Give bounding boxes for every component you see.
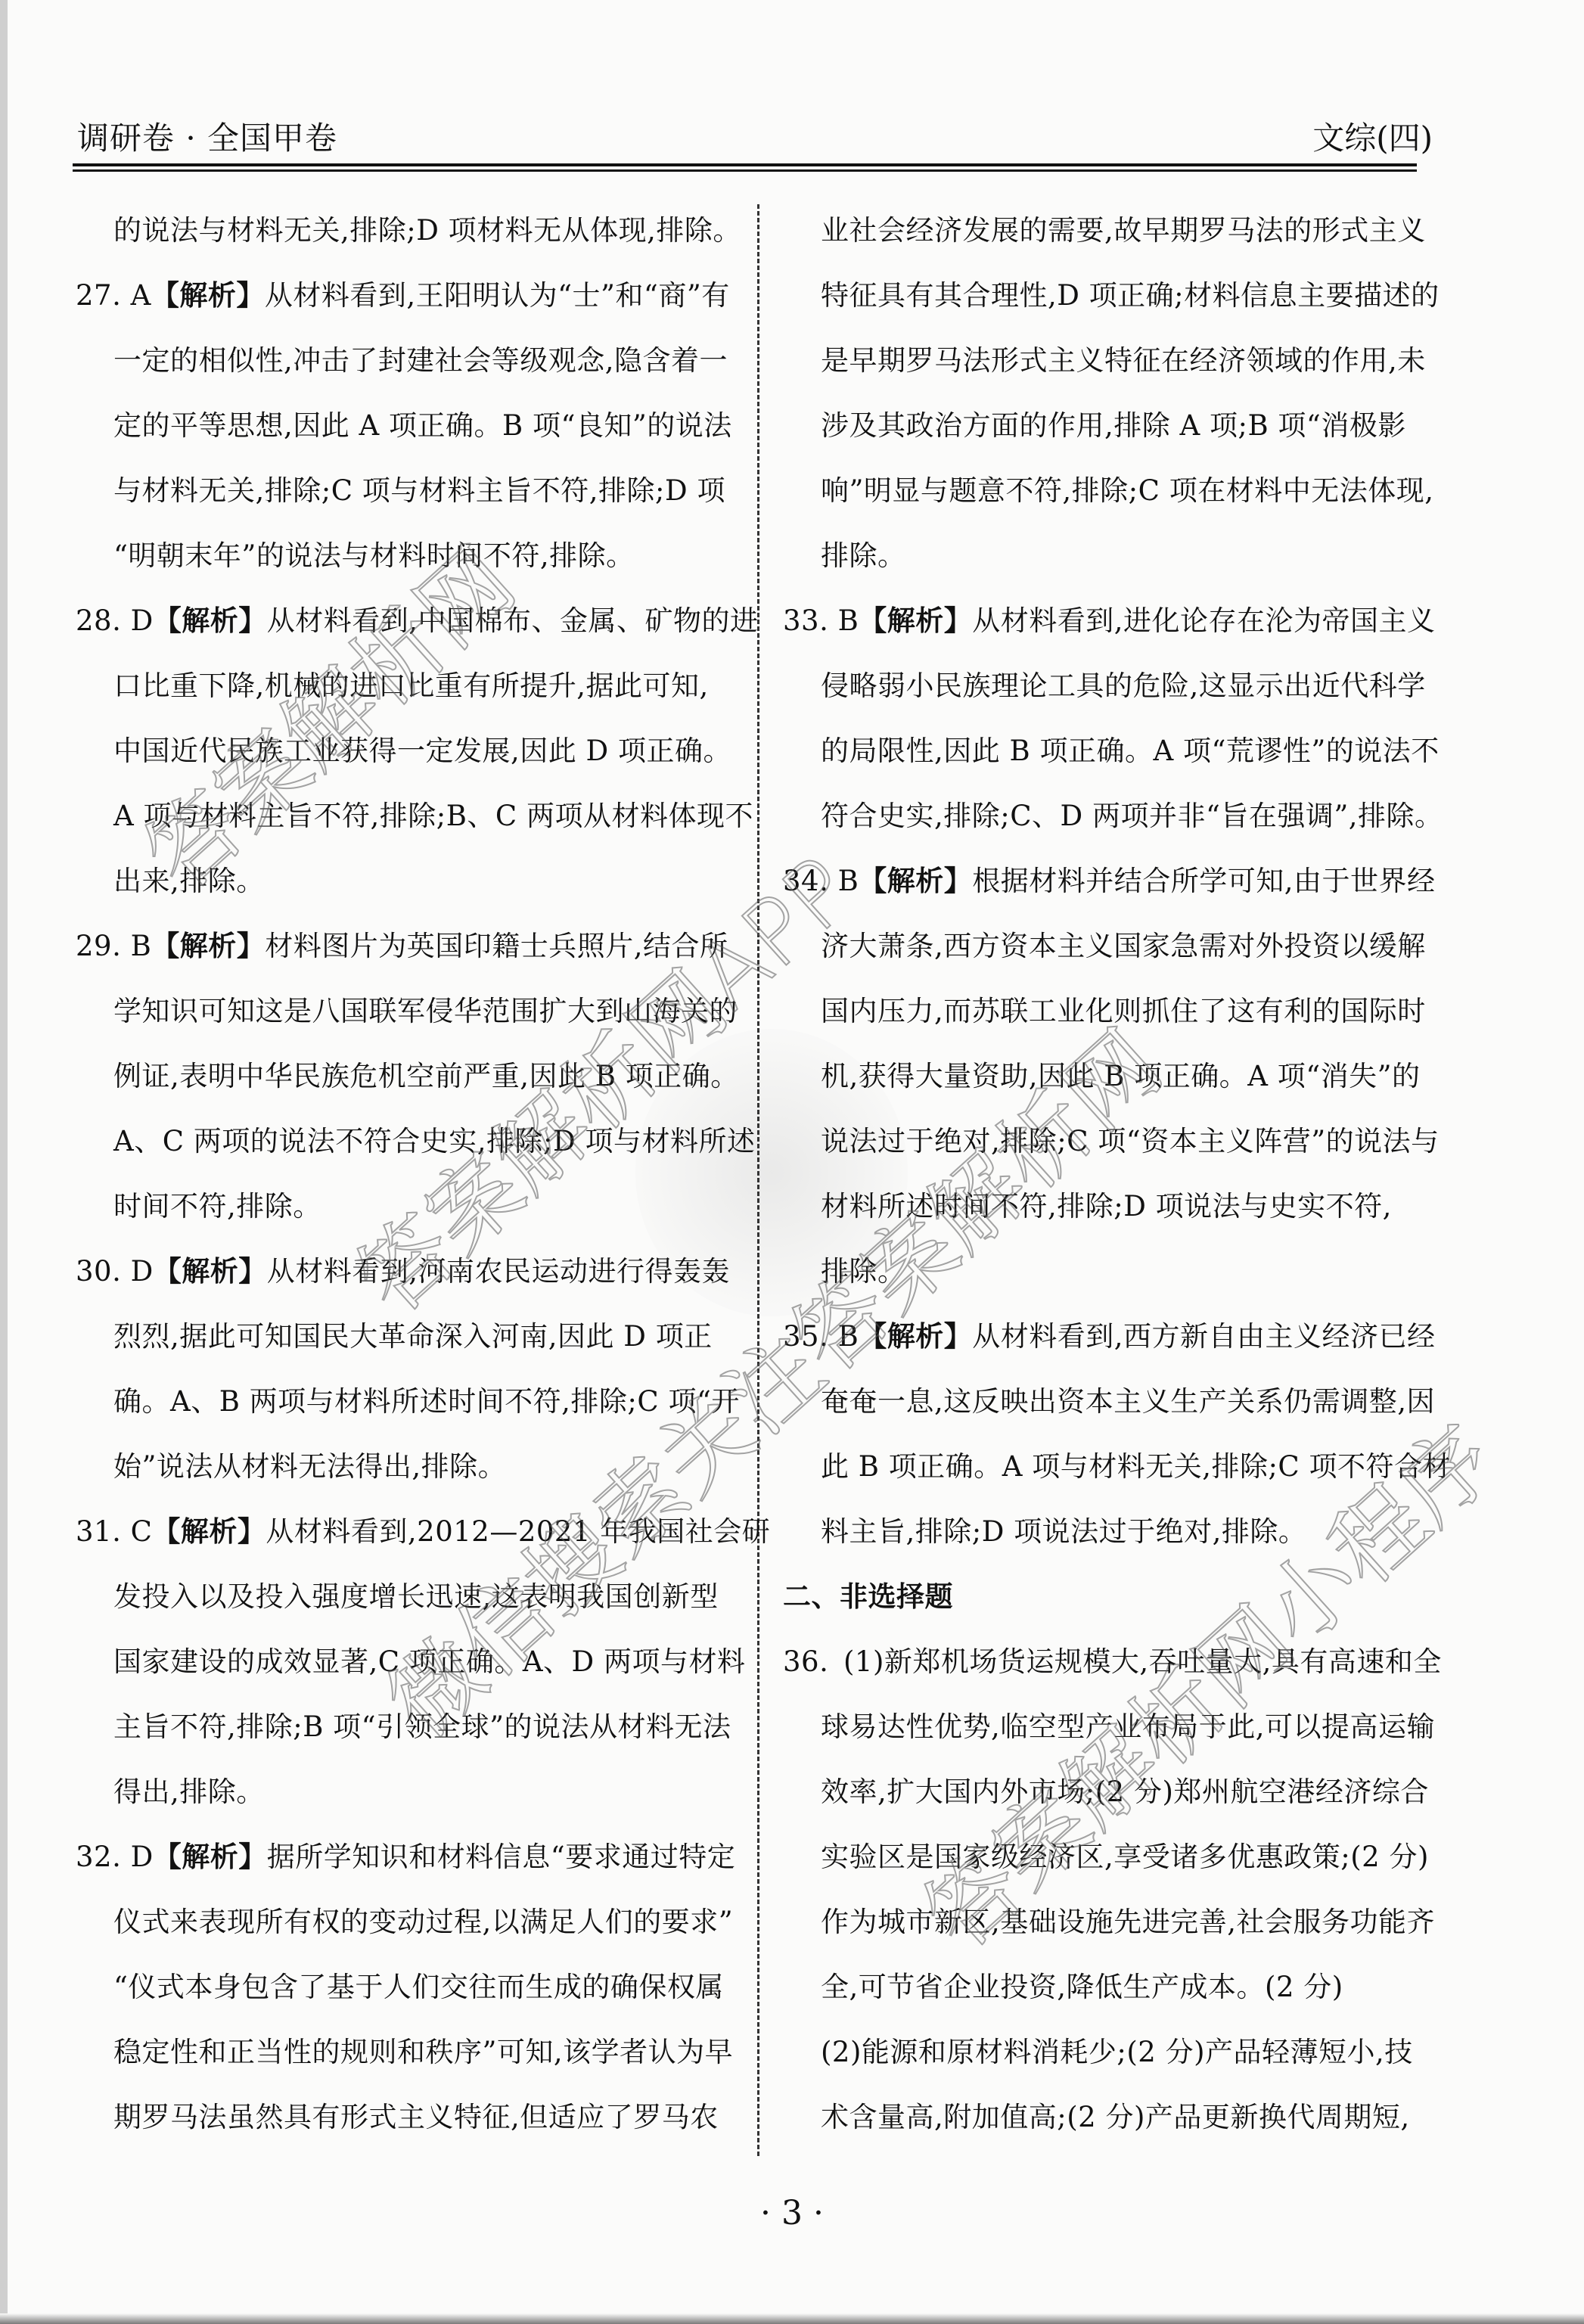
text-line: 机,获得大量资助,因此 B 项正确。A 项“消失”的 <box>783 1044 1456 1109</box>
text-line: 主旨不符,排除;B 项“引领全球”的说法从材料无法 <box>76 1695 741 1760</box>
text-line: 排除。 <box>783 524 1456 589</box>
analysis-tag: 【解析】 <box>151 279 265 312</box>
text-line: 国家建设的成效显著,C 项正确。A、D 两项与材料 <box>76 1630 741 1695</box>
text-line: 定的平等思想,因此 A 项正确。B 项“良知”的说法 <box>76 393 741 458</box>
text-line: 实验区是国家级经济区,享受诸多优惠政策;(2 分) <box>783 1825 1456 1890</box>
text-line: 期罗马法虽然具有形式主义特征,但适应了罗马农 <box>76 2085 741 2150</box>
page-header: 调研卷 · 全国甲卷 文综(四) <box>73 113 1433 166</box>
answer-first-line: 35. B【解析】从材料看到,西方新自由主义经济已经 <box>783 1304 1456 1369</box>
text-line: 中国近代民族工业获得一定发展,因此 D 项正确。 <box>76 719 741 784</box>
analysis-tag: 【解析】 <box>859 1320 972 1353</box>
text-line: 稳定性和正当性的规则和秩序”可知,该学者认为早 <box>76 2020 741 2085</box>
question-number: 33. B <box>783 589 859 654</box>
question-number: 28. D <box>76 589 154 654</box>
answer-text: 材料图片为英国印籍士兵照片,结合所 <box>265 930 728 962</box>
analysis-tag: 【解析】 <box>154 1841 267 1873</box>
answer-first-line: 30. D【解析】从材料看到,河南农民运动进行得轰轰 <box>76 1239 741 1304</box>
page-number: · 3 · <box>0 2194 1584 2232</box>
text-line: “明朝末年”的说法与材料时间不符,排除。 <box>76 524 741 589</box>
answer-first-line: 33. B【解析】从材料看到,进化论存在沦为帝国主义 <box>783 589 1456 654</box>
text-line: 仪式来表现所有权的变动过程,以满足人们的要求” <box>76 1890 741 1955</box>
analysis-tag: 【解析】 <box>151 930 265 962</box>
answer-first-line: 29. B【解析】材料图片为英国印籍士兵照片,结合所 <box>76 914 741 979</box>
text-line: 与材料无关,排除;C 项与材料主旨不符,排除;D 项 <box>76 458 741 524</box>
question-number: 36. <box>783 1630 843 1695</box>
question-number: 35. B <box>783 1304 859 1369</box>
text-line: 此 B 项正确。A 项与材料无关,排除;C 项不符合材 <box>783 1434 1456 1499</box>
text-line: 效率,扩大国内外市场;(2 分)郑州航空港经济综合 <box>783 1760 1456 1825</box>
analysis-tag: 【解析】 <box>859 865 972 897</box>
answer-text: 从材料看到,进化论存在沦为帝国主义 <box>972 604 1435 637</box>
question-number: 32. D <box>76 1825 154 1890</box>
text-line: 响”明显与题意不符,排除;C 项在材料中无法体现, <box>783 458 1456 524</box>
question-number: 30. D <box>76 1239 154 1304</box>
question-number: 31. C <box>76 1499 152 1564</box>
text-line: 发投入以及投入强度增长迅速,这表明我国创新型 <box>76 1564 741 1630</box>
right-column: 业社会经济发展的需要,故早期罗马法的形式主义特征具有其合理性,D 项正确;材料信… <box>783 198 1456 2150</box>
page-edge <box>0 0 8 2324</box>
text-line: A 项与材料主旨不符,排除;B、C 两项从材料体现不 <box>76 784 741 849</box>
text-line: 料主旨,排除;D 项说法过于绝对,排除。 <box>783 1499 1456 1564</box>
answer-first-line: 32. D【解析】据所学知识和材料信息“要求通过特定 <box>76 1825 741 1890</box>
answer-text: 从材料看到,西方新自由主义经济已经 <box>972 1320 1435 1353</box>
text-line: 全,可节省企业投资,降低生产成本。(2 分) <box>783 1955 1456 2020</box>
question-number: 34. B <box>783 849 859 914</box>
text-line: 确。A、B 两项与材料所述时间不符,排除;C 项“开 <box>76 1369 741 1434</box>
text-line: 侵略弱小民族理论工具的危险,这显示出近代科学 <box>783 654 1456 719</box>
text-line: 的说法与材料无关,排除;D 项材料无从体现,排除。 <box>76 198 741 263</box>
answer-text: 从材料看到,2012—2021 年我国社会研 <box>266 1515 770 1548</box>
question-number: 29. B <box>76 914 151 979</box>
column-divider <box>757 204 759 2156</box>
answer-first-line: 34. B【解析】根据材料并结合所学可知,由于世界经 <box>783 849 1456 914</box>
exam-title: 调研卷 · 全国甲卷 <box>77 113 337 159</box>
left-column: 的说法与材料无关,排除;D 项材料无从体现,排除。27. A【解析】从材料看到,… <box>76 198 741 2150</box>
text-line: 国内压力,而苏联工业化则抓住了这有利的国际时 <box>783 979 1456 1044</box>
text-line: 学知识可知这是八国联军侵华范围扩大到山海关的 <box>76 979 741 1044</box>
analysis-tag: 【解析】 <box>859 604 972 637</box>
text-line: 涉及其政治方面的作用,排除 A 项;B 项“消极影 <box>783 393 1456 458</box>
answer-text: 根据材料并结合所学可知,由于世界经 <box>972 865 1435 897</box>
text-line: 符合史实,排除;C、D 两项并非“旨在强调”,排除。 <box>783 784 1456 849</box>
header-rule <box>73 169 1417 172</box>
question-number: 27. A <box>76 263 151 328</box>
text-line: 济大萧条,西方资本主义国家急需对外投资以缓解 <box>783 914 1456 979</box>
text-line: (2)能源和原材料消耗少;(2 分)产品轻薄短小,技 <box>783 2020 1456 2085</box>
text-line: 例证,表明中华民族危机空前严重,因此 B 项正确。 <box>76 1044 741 1109</box>
text-line: 口比重下降,机械的进口比重有所提升,据此可知, <box>76 654 741 719</box>
answer-first-line: 27. A【解析】从材料看到,王阳明认为“士”和“商”有 <box>76 263 741 328</box>
text-line: 排除。 <box>783 1239 1456 1304</box>
text-line: 的局限性,因此 B 项正确。A 项“荒谬性”的说法不 <box>783 719 1456 784</box>
text-line: “仪式本身包含了基于人们交往而生成的确保权属 <box>76 1955 741 2020</box>
text-line: 术含量高,附加值高;(2 分)产品更新换代周期短, <box>783 2085 1456 2150</box>
answer-text: 从材料看到,王阳明认为“士”和“商”有 <box>265 279 730 312</box>
text-line: 时间不符,排除。 <box>76 1174 741 1239</box>
text-line: 始”说法从材料无法得出,排除。 <box>76 1434 741 1499</box>
answer-text: 从材料看到,河南农民运动进行得轰轰 <box>267 1255 730 1288</box>
answer-first-line: 31. C【解析】从材料看到,2012—2021 年我国社会研 <box>76 1499 741 1564</box>
text-line: 得出,排除。 <box>76 1760 741 1825</box>
text-line: 是早期罗马法形式主义特征在经济领域的作用,未 <box>783 328 1456 393</box>
page-edge <box>0 2313 1584 2324</box>
header-rule <box>73 163 1417 166</box>
answer-text: 据所学知识和材料信息“要求通过特定 <box>267 1841 735 1873</box>
text-line: 作为城市新区,基础设施先进完善,社会服务功能齐 <box>783 1890 1456 1955</box>
text-line: 业社会经济发展的需要,故早期罗马法的形式主义 <box>783 198 1456 263</box>
analysis-tag: 【解析】 <box>152 1515 266 1548</box>
text-line: 烈烈,据此可知国民大革命深入河南,因此 D 项正 <box>76 1304 741 1369</box>
subject-title: 文综(四) <box>1312 113 1433 159</box>
answer-first-line: 28. D【解析】从材料看到,中国棉布、金属、矿物的进 <box>76 589 741 654</box>
text-line: 球易达性优势,临空型产业布局于此,可以提高运输 <box>783 1695 1456 1760</box>
answer-text: (1)新郑机场货运规模大,吞吐量大,具有高速和全 <box>843 1645 1442 1678</box>
text-line: 说法过于绝对,排除;C 项“资本主义阵营”的说法与 <box>783 1109 1456 1174</box>
section-title: 二、非选择题 <box>783 1564 1456 1630</box>
analysis-tag: 【解析】 <box>154 1255 267 1288</box>
answer-first-line: 36.(1)新郑机场货运规模大,吞吐量大,具有高速和全 <box>783 1630 1456 1695</box>
text-line: 特征具有其合理性,D 项正确;材料信息主要描述的 <box>783 263 1456 328</box>
text-line: 奄奄一息,这反映出资本主义生产关系仍需调整,因 <box>783 1369 1456 1434</box>
text-line: 一定的相似性,冲击了封建社会等级观念,隐含着一 <box>76 328 741 393</box>
text-line: 出来,排除。 <box>76 849 741 914</box>
answer-text: 从材料看到,中国棉布、金属、矿物的进 <box>267 604 759 637</box>
text-line: 材料所述时间不符,排除;D 项说法与史实不符, <box>783 1174 1456 1239</box>
text-line: A、C 两项的说法不符合史实,排除;D 项与材料所述 <box>76 1109 741 1174</box>
analysis-tag: 【解析】 <box>154 604 267 637</box>
